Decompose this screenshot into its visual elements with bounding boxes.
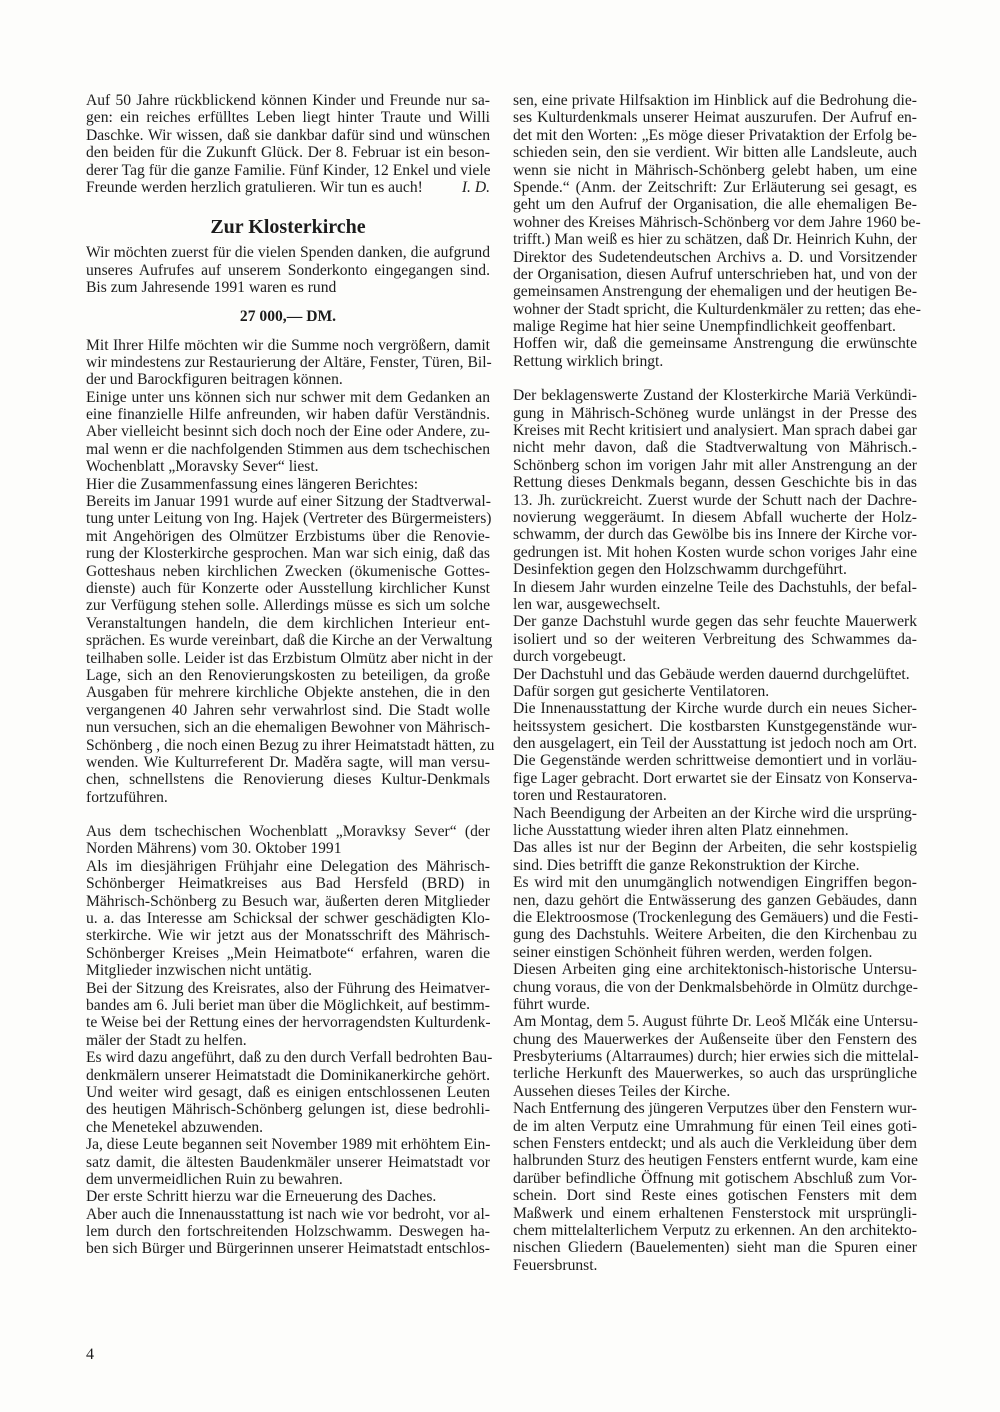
text-line: Wochenblatt „Moravsky Sever“ liest. bbox=[86, 458, 490, 475]
text-line: Einige unter uns können sich nur schwer … bbox=[86, 389, 490, 406]
text-line: Aussehen dieses Teiles der Kirche. bbox=[513, 1083, 917, 1100]
text-line: Kreises mit Recht kritisiert und analysi… bbox=[513, 422, 917, 439]
text-line: Am Montag, dem 5. August führte Dr. Leoš… bbox=[513, 1013, 917, 1030]
text-line: nicht mehr davon, daß die Stadtverwaltun… bbox=[513, 439, 917, 456]
right-block-2: Der beklagenswerte Zustand der Klosterki… bbox=[513, 387, 917, 1274]
right-column: sen, eine private Hilfsaktion im Hinblic… bbox=[513, 92, 917, 1274]
text-line: darüber befindliche Öffnung mit gotische… bbox=[513, 1170, 917, 1187]
text-line: gedrungen ist. Mit hohen Kosten wurde sc… bbox=[513, 544, 917, 561]
text-line: Spende.“ (Anm. der Zeitschrift: Zur Erlä… bbox=[513, 179, 917, 196]
text-line: wir mindestens zur Restaurierung der Alt… bbox=[86, 354, 490, 371]
text-line: chen, schnellstens die Renovierung diese… bbox=[86, 771, 490, 788]
text-line: Freunde werden herzlich gratulieren. Wir… bbox=[86, 179, 423, 196]
text-line: che Menetekel abzuwenden. bbox=[86, 1119, 490, 1136]
text-line: isoliert und so der weiteren Verbreitung… bbox=[513, 631, 917, 648]
text-line: novierung weggeräumt. In diesem Abfall w… bbox=[513, 509, 917, 526]
text-line: durch vorgebeugt. bbox=[513, 648, 917, 665]
text-line: liche Ausstattung wieder ihren alten Pla… bbox=[513, 822, 917, 839]
text-line: len war, ausgewechselt. bbox=[513, 596, 917, 613]
text-line: lem durch den fortschreitenden Holzschwa… bbox=[86, 1223, 490, 1240]
text-line: schen Fensters entdeckt; und als auch di… bbox=[513, 1135, 917, 1152]
text-line: der Organisation, diesen Aufruf untersch… bbox=[513, 266, 917, 283]
text-line: Der erste Schritt hierzu war die Erneuer… bbox=[86, 1188, 490, 1205]
text-line: dienste) auch für Konzerte oder Ausstell… bbox=[86, 580, 490, 597]
text-line: toren und Restauratoren. bbox=[513, 787, 917, 804]
text-line: Mit Ihrer Hilfe möchten wir die Summe no… bbox=[86, 337, 490, 354]
text-line: halbrunden Sturz des heutigen Fensters e… bbox=[513, 1152, 917, 1169]
text-line: schieden sein, den sie verdient. Wir bit… bbox=[513, 144, 917, 161]
spacer bbox=[513, 370, 917, 387]
anniversary-paragraph: Auf 50 Jahre rückblickend können Kinder … bbox=[86, 92, 490, 196]
text-line: sterkirche. Wie wir jetzt aus der Monats… bbox=[86, 927, 490, 944]
text-line: nischen Gliedern (Bauelementen) sieht ma… bbox=[513, 1239, 917, 1256]
text-line: Nach Beendigung der Arbeiten an der Kirc… bbox=[513, 805, 917, 822]
text-line: Dafür sorgen gut gesicherte Ventilatoren… bbox=[513, 683, 917, 700]
donation-paragraph: Wir möchten zuerst für die vielen Spende… bbox=[86, 244, 490, 296]
text-line: der und Barockfiguren beitragen können. bbox=[86, 371, 490, 388]
text-line: Bis zum Jahresende 1991 waren es rund bbox=[86, 279, 490, 296]
text-line: chem mittelalterlichem Verputz zu erkenn… bbox=[513, 1222, 917, 1239]
donation-amount: 27 000,— DM. bbox=[86, 307, 490, 327]
text-line: sind. Dies betrifft die ganze Rekonstruk… bbox=[513, 857, 917, 874]
text-line: tung unter Leitung von Ing. Hajek (Vertr… bbox=[86, 510, 490, 527]
text-line: Als im diesjährigen Frühjahr eine Delega… bbox=[86, 858, 490, 875]
text-line: wenden. Wie Kulturreferent Dr. Maděra sa… bbox=[86, 754, 490, 771]
text-line: fortzuführen. bbox=[86, 789, 490, 806]
text-line: ben sich Bürger und Bürgerinnen unserer … bbox=[86, 1240, 490, 1257]
text-line: Bereits im Januar 1991 wurde auf einer S… bbox=[86, 493, 490, 510]
text-line: Rettung wirklich bringt. bbox=[513, 353, 917, 370]
text-line: die Elektroosmose (Trockenlegung des Gem… bbox=[513, 909, 917, 926]
text-line: Schönberger Kreises „Mein Heimatbote“ er… bbox=[86, 945, 490, 962]
text-line: chung voraus, die von der Denkmalsbehörd… bbox=[513, 979, 917, 996]
left-block-2: Aus dem tschechischen Wochenblatt „Morav… bbox=[86, 823, 490, 1258]
text-line: bandes am 6. Juli beriet man über die Mö… bbox=[86, 997, 490, 1014]
text-line: 13. Jh. zurückreicht. Zuerst wurde der S… bbox=[513, 492, 917, 509]
text-line: Diesen Arbeiten ging eine architektonisc… bbox=[513, 961, 917, 978]
text-line: Nach Entfernung des jüngeren Verputzes ü… bbox=[513, 1100, 917, 1117]
text-line: Hier die Zusammenfassung eines längeren … bbox=[86, 476, 490, 493]
text-line: vergangenen 40 Jahren sehr verwahrlost s… bbox=[86, 702, 490, 719]
text-line: chung des Mauerwerkes der Außenseite übe… bbox=[513, 1031, 917, 1048]
text-line: gen: ein reiches erfülltes Leben liegt h… bbox=[86, 109, 490, 126]
text-line: Der Dachstuhl und das Gebäude werden dau… bbox=[513, 666, 917, 683]
text-line: Und weiter wird gesagt, daß es einigen e… bbox=[86, 1084, 490, 1101]
text-line: Aber vielleicht besinnt sich doch noch d… bbox=[86, 423, 490, 440]
text-line: heitssystem gesichert. Die kostbarsten K… bbox=[513, 718, 917, 735]
text-line: Lage, sich an den Renovierungskosten zu … bbox=[86, 667, 490, 684]
text-line: Gotteshaus neben kirchlichen Zwecken (ök… bbox=[86, 563, 490, 580]
spacer bbox=[86, 806, 490, 823]
text-line: Ausgaben für mehrere kirchliche Objekte … bbox=[86, 684, 490, 701]
text-line: Die Innenausstattung der Kirche wurde du… bbox=[513, 700, 917, 717]
text-line: fige Lager gebracht. Dort erwartet sie d… bbox=[513, 770, 917, 787]
author-signature: I. D. bbox=[462, 179, 490, 196]
text-line: Der beklagenswerte Zustand der Klosterki… bbox=[513, 387, 917, 404]
text-line: Es wird dazu angeführt, daß zu den durch… bbox=[86, 1049, 490, 1066]
text-line: sen, eine private Hilfsaktion im Hinblic… bbox=[513, 92, 917, 109]
text-line: schein. Dort sind Reste eines gotischen … bbox=[513, 1187, 917, 1204]
text-line: sprächen. Es wurde vereinbart, daß die K… bbox=[86, 632, 490, 649]
text-line: geht um den Aufruf der Organisation, die… bbox=[513, 196, 917, 213]
text-line: dem unvermeidlichen Ruin zu bewahren. bbox=[86, 1171, 490, 1188]
text-line: Es wird mit den unumgänglich notwendigen… bbox=[513, 874, 917, 891]
text-line: de im alten Verputz eine Umrahmung für e… bbox=[513, 1118, 917, 1135]
text-line: zur Verfügung stehen solle. Allerdings m… bbox=[86, 597, 490, 614]
text-line: Daschke. Wir wissen, daß sie dankbar daf… bbox=[86, 127, 490, 144]
text-line: Aber auch die Innenausstattung ist nach … bbox=[86, 1206, 490, 1223]
text-line: denkmälern unserer Heimatstadt die Domin… bbox=[86, 1067, 490, 1084]
page-number: 4 bbox=[86, 1346, 94, 1364]
text-line: gemeinsamen Anstrengung der ehemaligen u… bbox=[513, 283, 917, 300]
text-line: unseres Aufrufes auf unserem Sonderkonto… bbox=[86, 262, 490, 279]
text-line: eine finanzielle Hilfe anfreunden, wir h… bbox=[86, 406, 490, 423]
text-line: Die Gegenstände werden schrittweise demo… bbox=[513, 752, 917, 769]
text-line: Bei der Sitzung des Kreisrates, also der… bbox=[86, 980, 490, 997]
text-line: gung in Mährisch-Schöneg wurde unlängst … bbox=[513, 405, 917, 422]
left-column: Auf 50 Jahre rückblickend können Kinder … bbox=[86, 92, 490, 1258]
text-line: Schönberger Heimatkreises aus Bad Hersfe… bbox=[86, 875, 490, 892]
text-line: Norden Mährens) vom 30. Oktober 1991 bbox=[86, 840, 490, 857]
text-line: gung des Dachstuhls. Weitere Arbeiten, d… bbox=[513, 926, 917, 943]
text-line: Hoffen wir, daß die gemeinsame Anstrengu… bbox=[513, 335, 917, 352]
text-line: mal wenn er die nachfolgenden Stimmen au… bbox=[86, 441, 490, 458]
text-line: des heutigen Mährisch-Schönberg gelungen… bbox=[86, 1101, 490, 1118]
text-line: führt wurde. bbox=[513, 996, 917, 1013]
text-line: Wir möchten zuerst für die vielen Spende… bbox=[86, 244, 490, 261]
text-line: Schönberg , die noch einen Bezug zu ihre… bbox=[86, 737, 490, 754]
text-line: Desinfektion gegen den Holzschwamm durch… bbox=[513, 561, 917, 578]
text-line: te Weise bei der Rettung eines der hervo… bbox=[86, 1014, 490, 1031]
text-line: det mit den Worten: „Es möge dieser Priv… bbox=[513, 127, 917, 144]
article-title: Zur Klosterkirche bbox=[86, 212, 490, 242]
text-line: schwamm, der durch das Gewölbe bis ins I… bbox=[513, 526, 917, 543]
text-line: satz damit, die ältesten Baudenkmäler un… bbox=[86, 1154, 490, 1171]
text-line: Veranstaltungen handeln, die dem kirchli… bbox=[86, 615, 490, 632]
text-line: u. a. das Interesse am Schicksal der sch… bbox=[86, 910, 490, 927]
text-line: Direktor des Sudetendeutschen Archivs a.… bbox=[513, 249, 917, 266]
text-line: wohner des Kreises Mährisch-Schönberg vo… bbox=[513, 214, 917, 231]
text-line: terliche Herkunft des Mauerwerkes, so au… bbox=[513, 1065, 917, 1082]
text-line: nun versuchen, sich an die ehemaligen Be… bbox=[86, 719, 490, 736]
text-line: Mährisch-Schönberg zu Besuch war, äußert… bbox=[86, 893, 490, 910]
left-block-1: Mit Ihrer Hilfe möchten wir die Summe no… bbox=[86, 337, 490, 807]
text-line: rung der Klosterkirche gesprochen. Man w… bbox=[86, 545, 490, 562]
text-line: Rettung dieses Denkmals begann, dessen G… bbox=[513, 474, 917, 491]
text-line: Feuersbrunst. bbox=[513, 1257, 917, 1274]
text-line: Auf 50 Jahre rückblickend können Kinder … bbox=[86, 92, 490, 109]
text-line: teilhaben solle. Leider ist das Erzbistu… bbox=[86, 650, 490, 667]
text-line: Presbyteriums (Altarraumes) durch; hier … bbox=[513, 1048, 917, 1065]
text-line: wenn sie nicht in Mährisch-Schönberg gel… bbox=[513, 162, 917, 179]
text-line: Schönberg schon im vorigen Jahr mit alle… bbox=[513, 457, 917, 474]
signature-line: Freunde werden herzlich gratulieren. Wir… bbox=[86, 179, 490, 196]
text-line: Mitglieder inzwischen nicht untätig. bbox=[86, 962, 490, 979]
text-line: malige Regime hat hier seine Unempfindli… bbox=[513, 318, 917, 335]
text-line: In diesem Jahr wurden einzelne Teile des… bbox=[513, 579, 917, 596]
text-line: trifft.) Man weiß es hier zu schätzen, d… bbox=[513, 231, 917, 248]
text-line: Maßwerk und einem erhaltenen Fensterstoc… bbox=[513, 1205, 917, 1222]
text-line: seiner einstigen Schönheit führen werden… bbox=[513, 944, 917, 961]
text-line: ses Kulturdenkmals unserer Heimat auszur… bbox=[513, 109, 917, 126]
text-line: derer Tag für die ganze Familie. Fünf Ki… bbox=[86, 162, 490, 179]
text-line: Ja, diese Leute begannen seit November 1… bbox=[86, 1136, 490, 1153]
text-line: Der ganze Dachstuhl wurde gegen das sehr… bbox=[513, 613, 917, 630]
right-block-1: sen, eine private Hilfsaktion im Hinblic… bbox=[513, 92, 917, 370]
text-line: wohner der Stadt spricht, die Kulturdenk… bbox=[513, 301, 917, 318]
text-line: den beiden für die Zukunft Glück. Der 8.… bbox=[86, 144, 490, 161]
text-line: Das alles ist nur der Beginn der Arbeite… bbox=[513, 839, 917, 856]
text-line: mit Angehörigen des Olmützer Erzbistums … bbox=[86, 528, 490, 545]
text-line: nen, dazu gehört die Entwässerung des ga… bbox=[513, 892, 917, 909]
text-line: den ausgelagert, ein Teil der Ausstattun… bbox=[513, 735, 917, 752]
text-line: Aus dem tschechischen Wochenblatt „Morav… bbox=[86, 823, 490, 840]
text-line: mäler der Stadt zu helfen. bbox=[86, 1032, 490, 1049]
